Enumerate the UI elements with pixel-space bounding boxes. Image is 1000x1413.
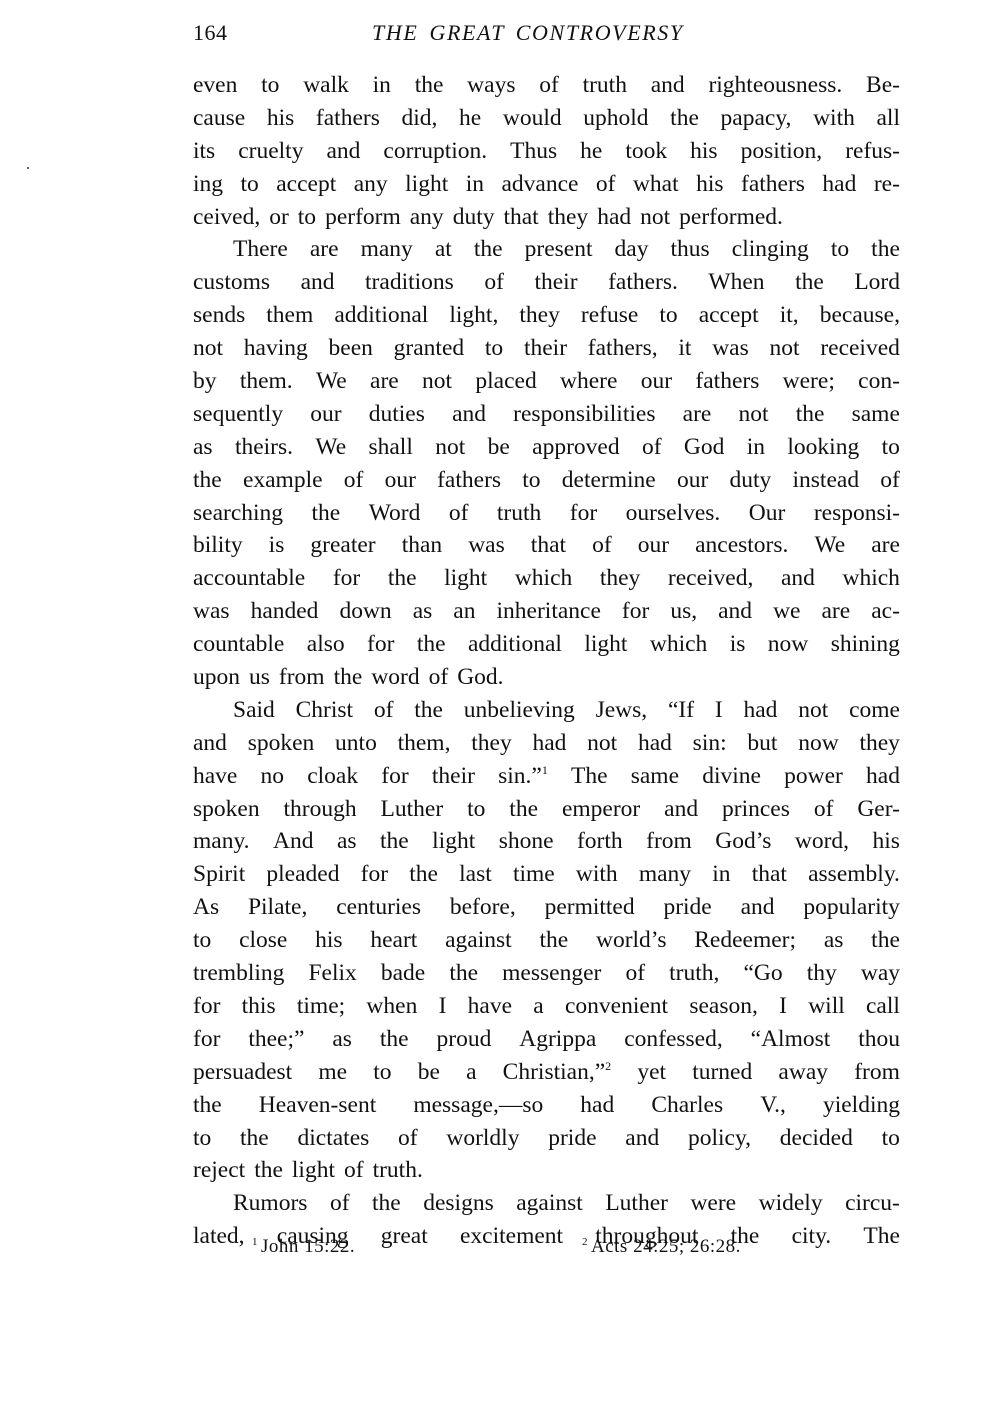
text-line: toclosehisheartagainsttheworld’sRedeemer…: [193, 924, 900, 957]
footnote-2-marker: 2: [582, 1236, 588, 1248]
text-line: RumorsofthedesignsagainstLutherwerewidel…: [193, 1187, 900, 1220]
footnote-1-text: John 15:22.: [261, 1236, 355, 1257]
text-line: theHeaven-sentmessage,—sohadCharlesV.,yi…: [193, 1089, 900, 1122]
body-text: eventowalkinthewaysoftruthandrighteousne…: [193, 69, 900, 1253]
text-line: rejectthelightoftruth.: [193, 1154, 900, 1187]
footnote-2-text: Acts 24:25; 26:28.: [591, 1236, 741, 1257]
scan-speck: [27, 167, 29, 169]
text-line: astheirs.WeshallnotbeapprovedofGodinlook…: [193, 431, 900, 464]
page-header: 164 THE GREAT CONTROVERSY: [193, 18, 900, 48]
footnote-reference: 2: [605, 1059, 611, 1073]
book-page: 164 THE GREAT CONTROVERSY eventowalkinth…: [0, 0, 1000, 1413]
footnote-1-marker: 1: [252, 1236, 258, 1248]
text-line: tremblingFelixbadethemessengeroftruth,“G…: [193, 957, 900, 990]
page-number: 164: [193, 18, 228, 48]
footnote-reference: 1: [542, 763, 548, 777]
text-line: itscrueltyandcorruption.Thushetookhispos…: [193, 135, 900, 168]
text-line: accountableforthelightwhichtheyreceived,…: [193, 562, 900, 595]
text-line: sendsthemadditionallight,theyrefusetoacc…: [193, 299, 900, 332]
text-line: eventowalkinthewaysoftruthandrighteousne…: [193, 69, 900, 102]
text-line: havenocloakfortheirsin.”1Thesamedivinepo…: [193, 760, 900, 793]
text-line: persuadestmetobeaChristian,”2yetturnedaw…: [193, 1056, 900, 1089]
text-line: theexampleofourfatherstodetermineourduty…: [193, 464, 900, 497]
text-line: andspokenuntothem,theyhadnothadsin:butno…: [193, 727, 900, 760]
text-line: AsPilate,centuriesbefore,permittedpridea…: [193, 891, 900, 924]
text-line: sequentlyourdutiesandresponsibilitiesare…: [193, 398, 900, 431]
text-line: searchingtheWordoftruthforourselves.Ourr…: [193, 497, 900, 530]
text-line: customsandtraditionsoftheirfathers.Whent…: [193, 266, 900, 299]
text-line: nothavingbeengrantedtotheirfathers,itwas…: [193, 332, 900, 365]
text-line: bilityisgreaterthanwasthatofourancestors…: [193, 529, 900, 562]
text-line: causehisfathersdid,hewouldupholdthepapac…: [193, 102, 900, 135]
text-line: tothedictatesofworldlyprideandpolicy,dec…: [193, 1122, 900, 1155]
text-line: countablealsofortheadditionallightwhichi…: [193, 628, 900, 661]
text-line: forthee;”astheproudAgrippaconfessed,“Alm…: [193, 1023, 900, 1056]
footnote-1: 1John 15:22.: [252, 1234, 355, 1260]
text-line: Spiritpleadedforthelasttimewithmanyintha…: [193, 858, 900, 891]
footnotes: 1John 15:22. 2Acts 24:25; 26:28.: [193, 1234, 900, 1260]
text-line: spokenthroughLuthertotheemperorandprince…: [193, 793, 900, 826]
text-line: ingtoacceptanylightinadvanceofwhathisfat…: [193, 168, 900, 201]
text-line: uponusfromthewordofGod.: [193, 661, 900, 694]
paragraph: SaidChristoftheunbelievingJews,“IfIhadno…: [193, 694, 900, 1187]
paragraph: Therearemanyatthepresentdaythusclingingt…: [193, 233, 900, 693]
paragraph: eventowalkinthewaysoftruthandrighteousne…: [193, 69, 900, 233]
text-line: forthistime;whenIhaveaconvenientseason,I…: [193, 990, 900, 1023]
running-title: THE GREAT CONTROVERSY: [372, 18, 684, 48]
text-line: ceived,ortoperformanydutythattheyhadnotp…: [193, 201, 900, 234]
text-line: bythem.Wearenotplacedwhereourfatherswere…: [193, 365, 900, 398]
text-line: many.AndasthelightshoneforthfromGod’swor…: [193, 825, 900, 858]
text-line: SaidChristoftheunbelievingJews,“IfIhadno…: [193, 694, 900, 727]
text-line: washandeddownasaninheritanceforus,andwea…: [193, 595, 900, 628]
text-line: Therearemanyatthepresentdaythusclingingt…: [193, 233, 900, 266]
footnote-2: 2Acts 24:25; 26:28.: [582, 1234, 741, 1260]
